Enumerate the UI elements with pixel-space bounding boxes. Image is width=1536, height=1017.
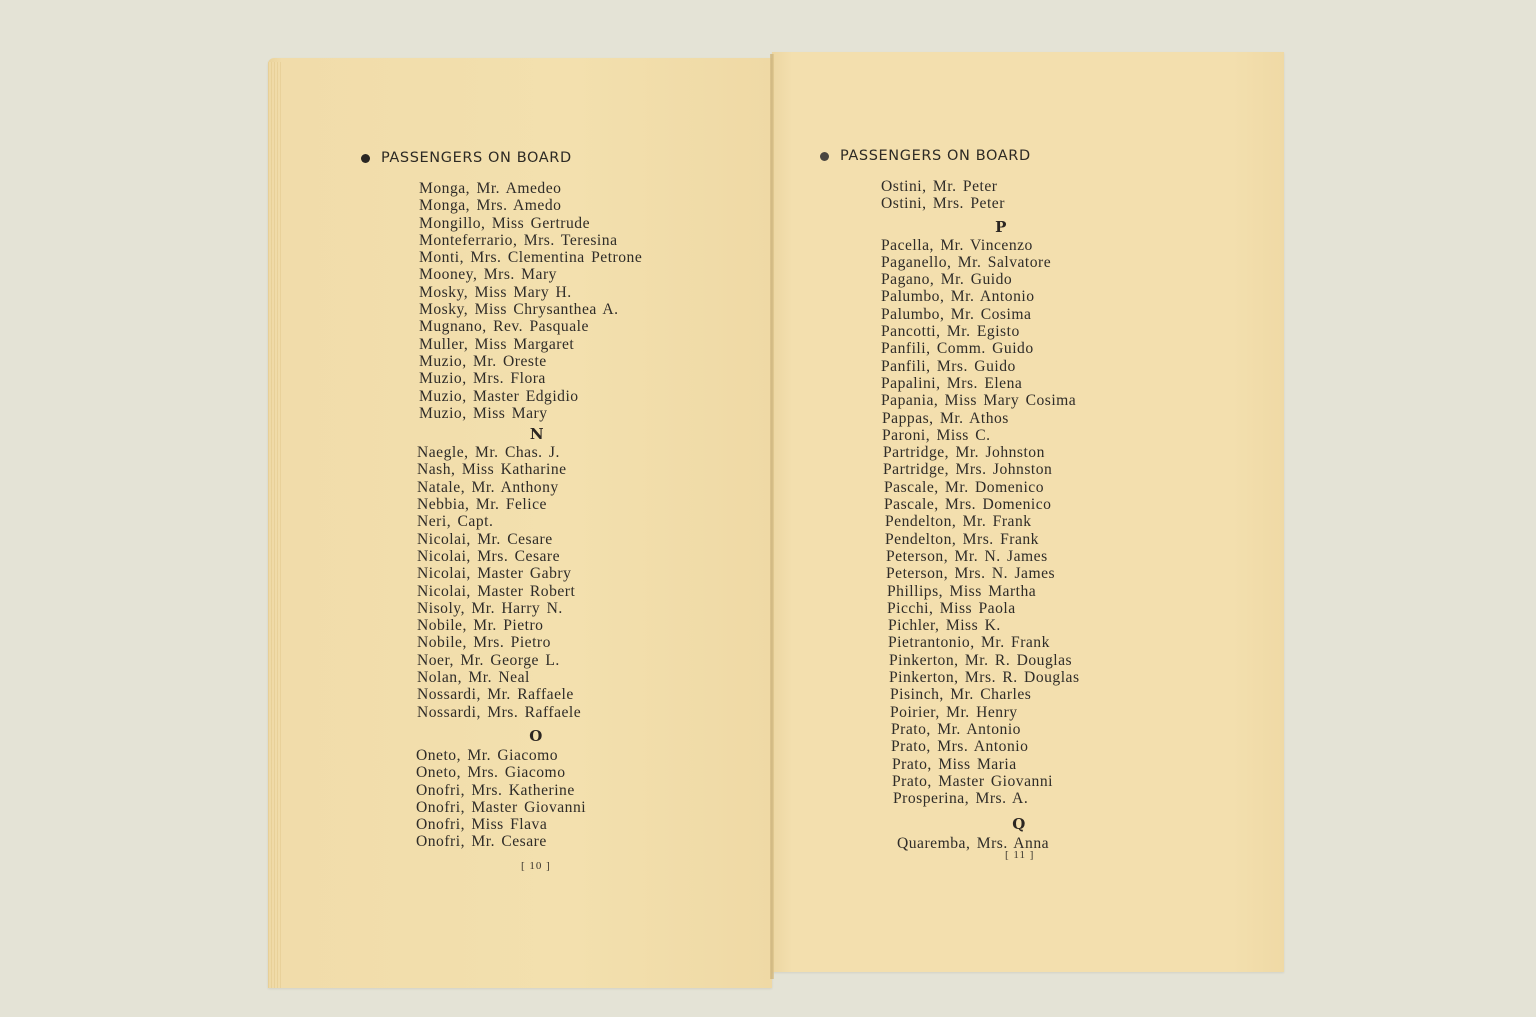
list-item: Onofri, Miss Flava [416,816,657,833]
list-item: Prato, Mr. Antonio [881,721,1157,738]
right-page-header: PASSENGERS ON BOARD [820,148,1031,164]
list-item: Pappas, Mr. Athos [881,410,1157,427]
list-item: Mugnano, Rev. Pasquale [419,318,657,335]
list-item: Pinkerton, Mr. R. Douglas [881,652,1157,669]
list-item: Oneto, Mrs. Giacomo [416,764,657,781]
list-item: Noer, Mr. George L. [417,652,657,669]
list-item: Monti, Mrs. Clementina Petrone [419,249,657,266]
list-item: Paganello, Mr. Salvatore [881,254,1157,271]
list-item: Poirier, Mr. Henry [881,704,1157,721]
list-item: Papalini, Mrs. Elena [881,375,1157,392]
list-item: Mosky, Miss Mary H. [419,284,657,301]
list-item: Picchi, Miss Paola [881,600,1157,617]
list-item: Monga, Mr. Amedeo [419,180,657,197]
list-item: Pacella, Mr. Vincenzo [881,237,1157,254]
list-item: Onofri, Mr. Cesare [416,833,657,850]
list-item: Nolan, Mr. Neal [417,669,657,686]
booklet-gutter [770,54,774,979]
list-item: Natale, Mr. Anthony [417,479,657,496]
list-item: Mooney, Mrs. Mary [419,266,657,283]
left-page-number: [ 10 ] [521,860,551,872]
list-item: Oneto, Mr. Giacomo [416,747,657,764]
list-item: Nossardi, Mr. Raffaele [417,686,657,703]
list-item: Neri, Capt. [417,513,657,530]
list-item: Nobile, Mr. Pietro [417,617,657,634]
list-item: Nossardi, Mrs. Raffaele [417,704,657,721]
list-item: Muller, Miss Margaret [419,336,657,353]
list-item: Prosperina, Mrs. A. [881,790,1157,807]
group-p: P Pacella, Mr. Vincenzo Paganello, Mr. S… [881,213,1157,808]
list-item: Palumbo, Mr. Cosima [881,306,1157,323]
right-page-number: [ 11 ] [1005,849,1034,861]
list-item: Nobile, Mrs. Pietro [417,634,657,651]
list-item: Partridge, Mr. Johnston [881,444,1157,461]
list-item: Panfili, Comm. Guido [881,340,1157,357]
list-item: Prato, Mrs. Antonio [881,738,1157,755]
list-item: Pinkerton, Mrs. R. Douglas [881,669,1157,686]
left-passenger-list: Monga, Mr. Amedeo Monga, Mrs. Amedo Mong… [419,180,657,851]
section-letter-n: N [417,422,657,444]
section-letter-q: Q [881,807,1157,835]
left-page-header: PASSENGERS ON BOARD [361,150,572,166]
list-item: Mongillo, Miss Gertrude [419,215,657,232]
list-item: Muzio, Mrs. Flora [419,370,657,387]
list-item: Onofri, Mrs. Katherine [416,782,657,799]
list-item: Onofri, Master Giovanni [416,799,657,816]
bullet-icon [361,154,370,163]
group-o-continued: Ostini, Mr. Peter Ostini, Mrs. Peter [881,178,1157,213]
list-item: Ostini, Mr. Peter [881,178,1157,195]
section-letter-p: P [881,213,1121,237]
open-booklet: PASSENGERS ON BOARD Monga, Mr. Amedeo Mo… [0,0,1536,1017]
list-item: Muzio, Master Edgidio [419,388,657,405]
group-o: O Oneto, Mr. Giacomo Oneto, Mrs. Giacomo… [416,721,657,851]
group-q: Q Quaremba, Mrs. Anna [881,807,1157,852]
list-item: Nicolai, Master Gabry [417,565,657,582]
list-item: Pichler, Miss K. [881,617,1157,634]
list-item: Monteferrario, Mrs. Teresina [419,232,657,249]
list-item: Ostini, Mrs. Peter [881,195,1157,212]
section-letter-o: O [416,721,656,747]
list-item: Nash, Miss Katharine [417,461,657,478]
list-item: Pendelton, Mrs. Frank [881,531,1157,548]
list-item: Pagano, Mr. Guido [881,271,1157,288]
group-m: Monga, Mr. Amedeo Monga, Mrs. Amedo Mong… [419,180,657,422]
list-item: Muzio, Mr. Oreste [419,353,657,370]
list-item: Pascale, Mr. Domenico [881,479,1157,496]
group-n: N Naegle, Mr. Chas. J. Nash, Miss Kathar… [417,422,657,721]
list-item: Nicolai, Master Robert [417,583,657,600]
list-item: Pascale, Mrs. Domenico [881,496,1157,513]
list-item: Pietrantonio, Mr. Frank [881,634,1157,651]
list-item: Pancotti, Mr. Egisto [881,323,1157,340]
list-item: Peterson, Mr. N. James [881,548,1157,565]
bullet-icon [820,152,829,161]
list-item: Papania, Miss Mary Cosima [881,392,1157,409]
list-item: Phillips, Miss Martha [881,583,1157,600]
list-item: Peterson, Mrs. N. James [881,565,1157,582]
list-item: Muzio, Miss Mary [419,405,657,422]
list-item: Pendelton, Mr. Frank [881,513,1157,530]
list-item: Monga, Mrs. Amedo [419,197,657,214]
list-item: Nebbia, Mr. Felice [417,496,657,513]
list-item: Partridge, Mrs. Johnston [881,461,1157,478]
list-item: Prato, Master Giovanni [881,773,1157,790]
list-item: Naegle, Mr. Chas. J. [417,444,657,461]
list-item: Prato, Miss Maria [881,756,1157,773]
list-item: Mosky, Miss Chrysanthea A. [419,301,657,318]
list-item: Palumbo, Mr. Antonio [881,288,1157,305]
left-header-text: PASSENGERS ON BOARD [381,150,572,166]
list-item: Nisoly, Mr. Harry N. [417,600,657,617]
right-header-text: PASSENGERS ON BOARD [840,148,1031,164]
list-item: Nicolai, Mrs. Cesare [417,548,657,565]
list-item: Paroni, Miss C. [881,427,1157,444]
list-item: Panfili, Mrs. Guido [881,358,1157,375]
list-item: Pisinch, Mr. Charles [881,686,1157,703]
list-item: Nicolai, Mr. Cesare [417,531,657,548]
right-passenger-list: Ostini, Mr. Peter Ostini, Mrs. Peter P P… [881,178,1157,853]
